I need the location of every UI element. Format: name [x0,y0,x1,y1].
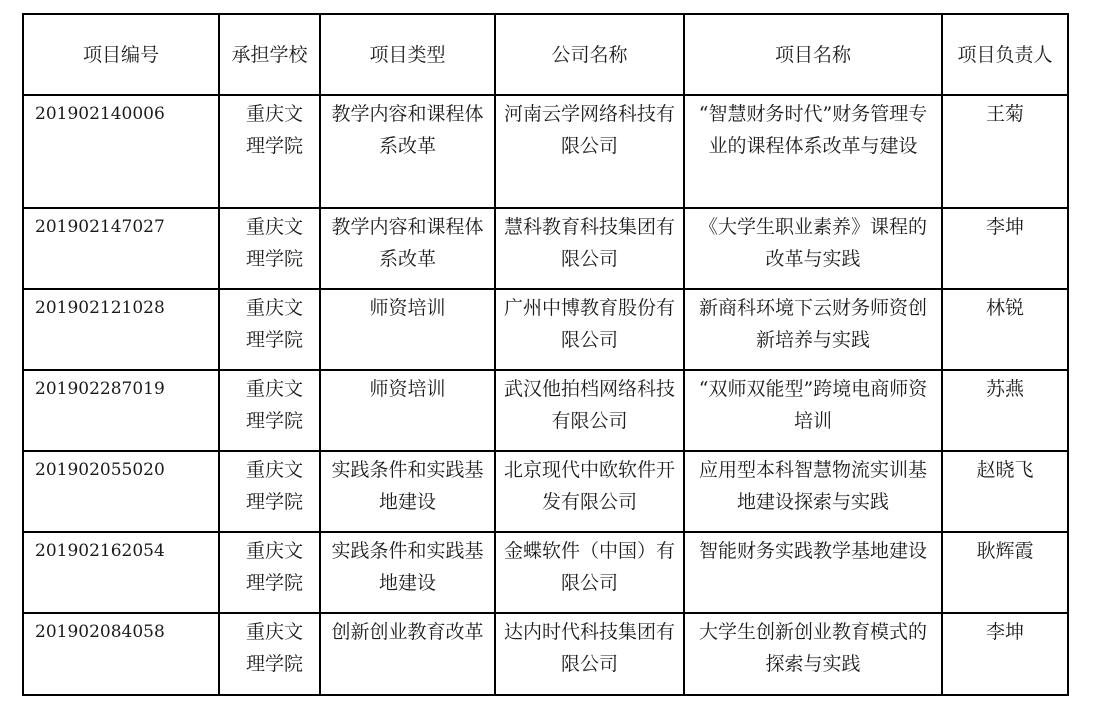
cell-project-id: 201902140006 [23,95,219,208]
cell-leader: 李坤 [942,208,1068,289]
table-row: 201902055020 重庆文理学院 实践条件和实践基地建设 北京现代中欧软件… [23,451,1068,532]
cell-project-type: 实践条件和实践基地建设 [320,532,495,613]
cell-leader: 耿辉霞 [942,532,1068,613]
cell-company: 达内时代科技集团有限公司 [495,613,684,695]
cell-project-name: “智慧财务时代”财务管理专业的课程体系改革与建设 [684,95,942,208]
header-leader: 项目负责人 [942,14,1068,95]
cell-project-type: 创新创业教育改革 [320,613,495,695]
cell-company: 金蝶软件（中国）有限公司 [495,532,684,613]
cell-project-name: 大学生创新创业教育模式的探索与实践 [684,613,942,695]
cell-project-name: 《大学生职业素养》课程的改革与实践 [684,208,942,289]
cell-project-id: 201902147027 [23,208,219,289]
table-row: 201902162054 重庆文理学院 实践条件和实践基地建设 金蝶软件（中国）… [23,532,1068,613]
cell-leader: 林锐 [942,289,1068,370]
cell-project-id: 201902162054 [23,532,219,613]
cell-company: 北京现代中欧软件开发有限公司 [495,451,684,532]
cell-project-type: 师资培训 [320,370,495,451]
cell-leader: 王菊 [942,95,1068,208]
cell-project-type: 教学内容和课程体系改革 [320,95,495,208]
cell-project-id: 201902084058 [23,613,219,695]
cell-leader: 赵晓飞 [942,451,1068,532]
table-row: 201902147027 重庆文理学院 教学内容和课程体系改革 慧科教育科技集团… [23,208,1068,289]
cell-school: 重庆文理学院 [219,532,320,613]
table-row: 201902140006 重庆文理学院 教学内容和课程体系改革 河南云学网络科技… [23,95,1068,208]
cell-leader: 李坤 [942,613,1068,695]
cell-school: 重庆文理学院 [219,95,320,208]
cell-company: 广州中博教育股份有限公司 [495,289,684,370]
cell-project-id: 201902055020 [23,451,219,532]
cell-project-id: 201902287019 [23,370,219,451]
cell-project-id: 201902121028 [23,289,219,370]
cell-project-name: “双师双能型”跨境电商师资培训 [684,370,942,451]
cell-school: 重庆文理学院 [219,613,320,695]
header-project-id: 项目编号 [23,14,219,95]
table-row: 201902287019 重庆文理学院 师资培训 武汉他拍档网络科技有限公司 “… [23,370,1068,451]
cell-project-type: 师资培训 [320,289,495,370]
cell-company: 慧科教育科技集团有限公司 [495,208,684,289]
cell-project-name: 智能财务实践教学基地建设 [684,532,942,613]
cell-school: 重庆文理学院 [219,208,320,289]
cell-company: 河南云学网络科技有限公司 [495,95,684,208]
cell-school: 重庆文理学院 [219,370,320,451]
header-row: 项目编号 承担学校 项目类型 公司名称 项目名称 项目负责人 [23,14,1068,95]
header-company: 公司名称 [495,14,684,95]
cell-school: 重庆文理学院 [219,451,320,532]
header-school: 承担学校 [219,14,320,95]
header-project-type: 项目类型 [320,14,495,95]
cell-school: 重庆文理学院 [219,289,320,370]
cell-project-type: 教学内容和课程体系改革 [320,208,495,289]
cell-company: 武汉他拍档网络科技有限公司 [495,370,684,451]
table-row: 201902121028 重庆文理学院 师资培训 广州中博教育股份有限公司 新商… [23,289,1068,370]
header-project-name: 项目名称 [684,14,942,95]
project-table: 项目编号 承担学校 项目类型 公司名称 项目名称 项目负责人 201902140… [22,13,1069,696]
cell-project-type: 实践条件和实践基地建设 [320,451,495,532]
cell-project-name: 新商科环境下云财务师资创新培养与实践 [684,289,942,370]
cell-leader: 苏燕 [942,370,1068,451]
cell-project-name: 应用型本科智慧物流实训基地建设探索与实践 [684,451,942,532]
table-row: 201902084058 重庆文理学院 创新创业教育改革 达内时代科技集团有限公… [23,613,1068,695]
